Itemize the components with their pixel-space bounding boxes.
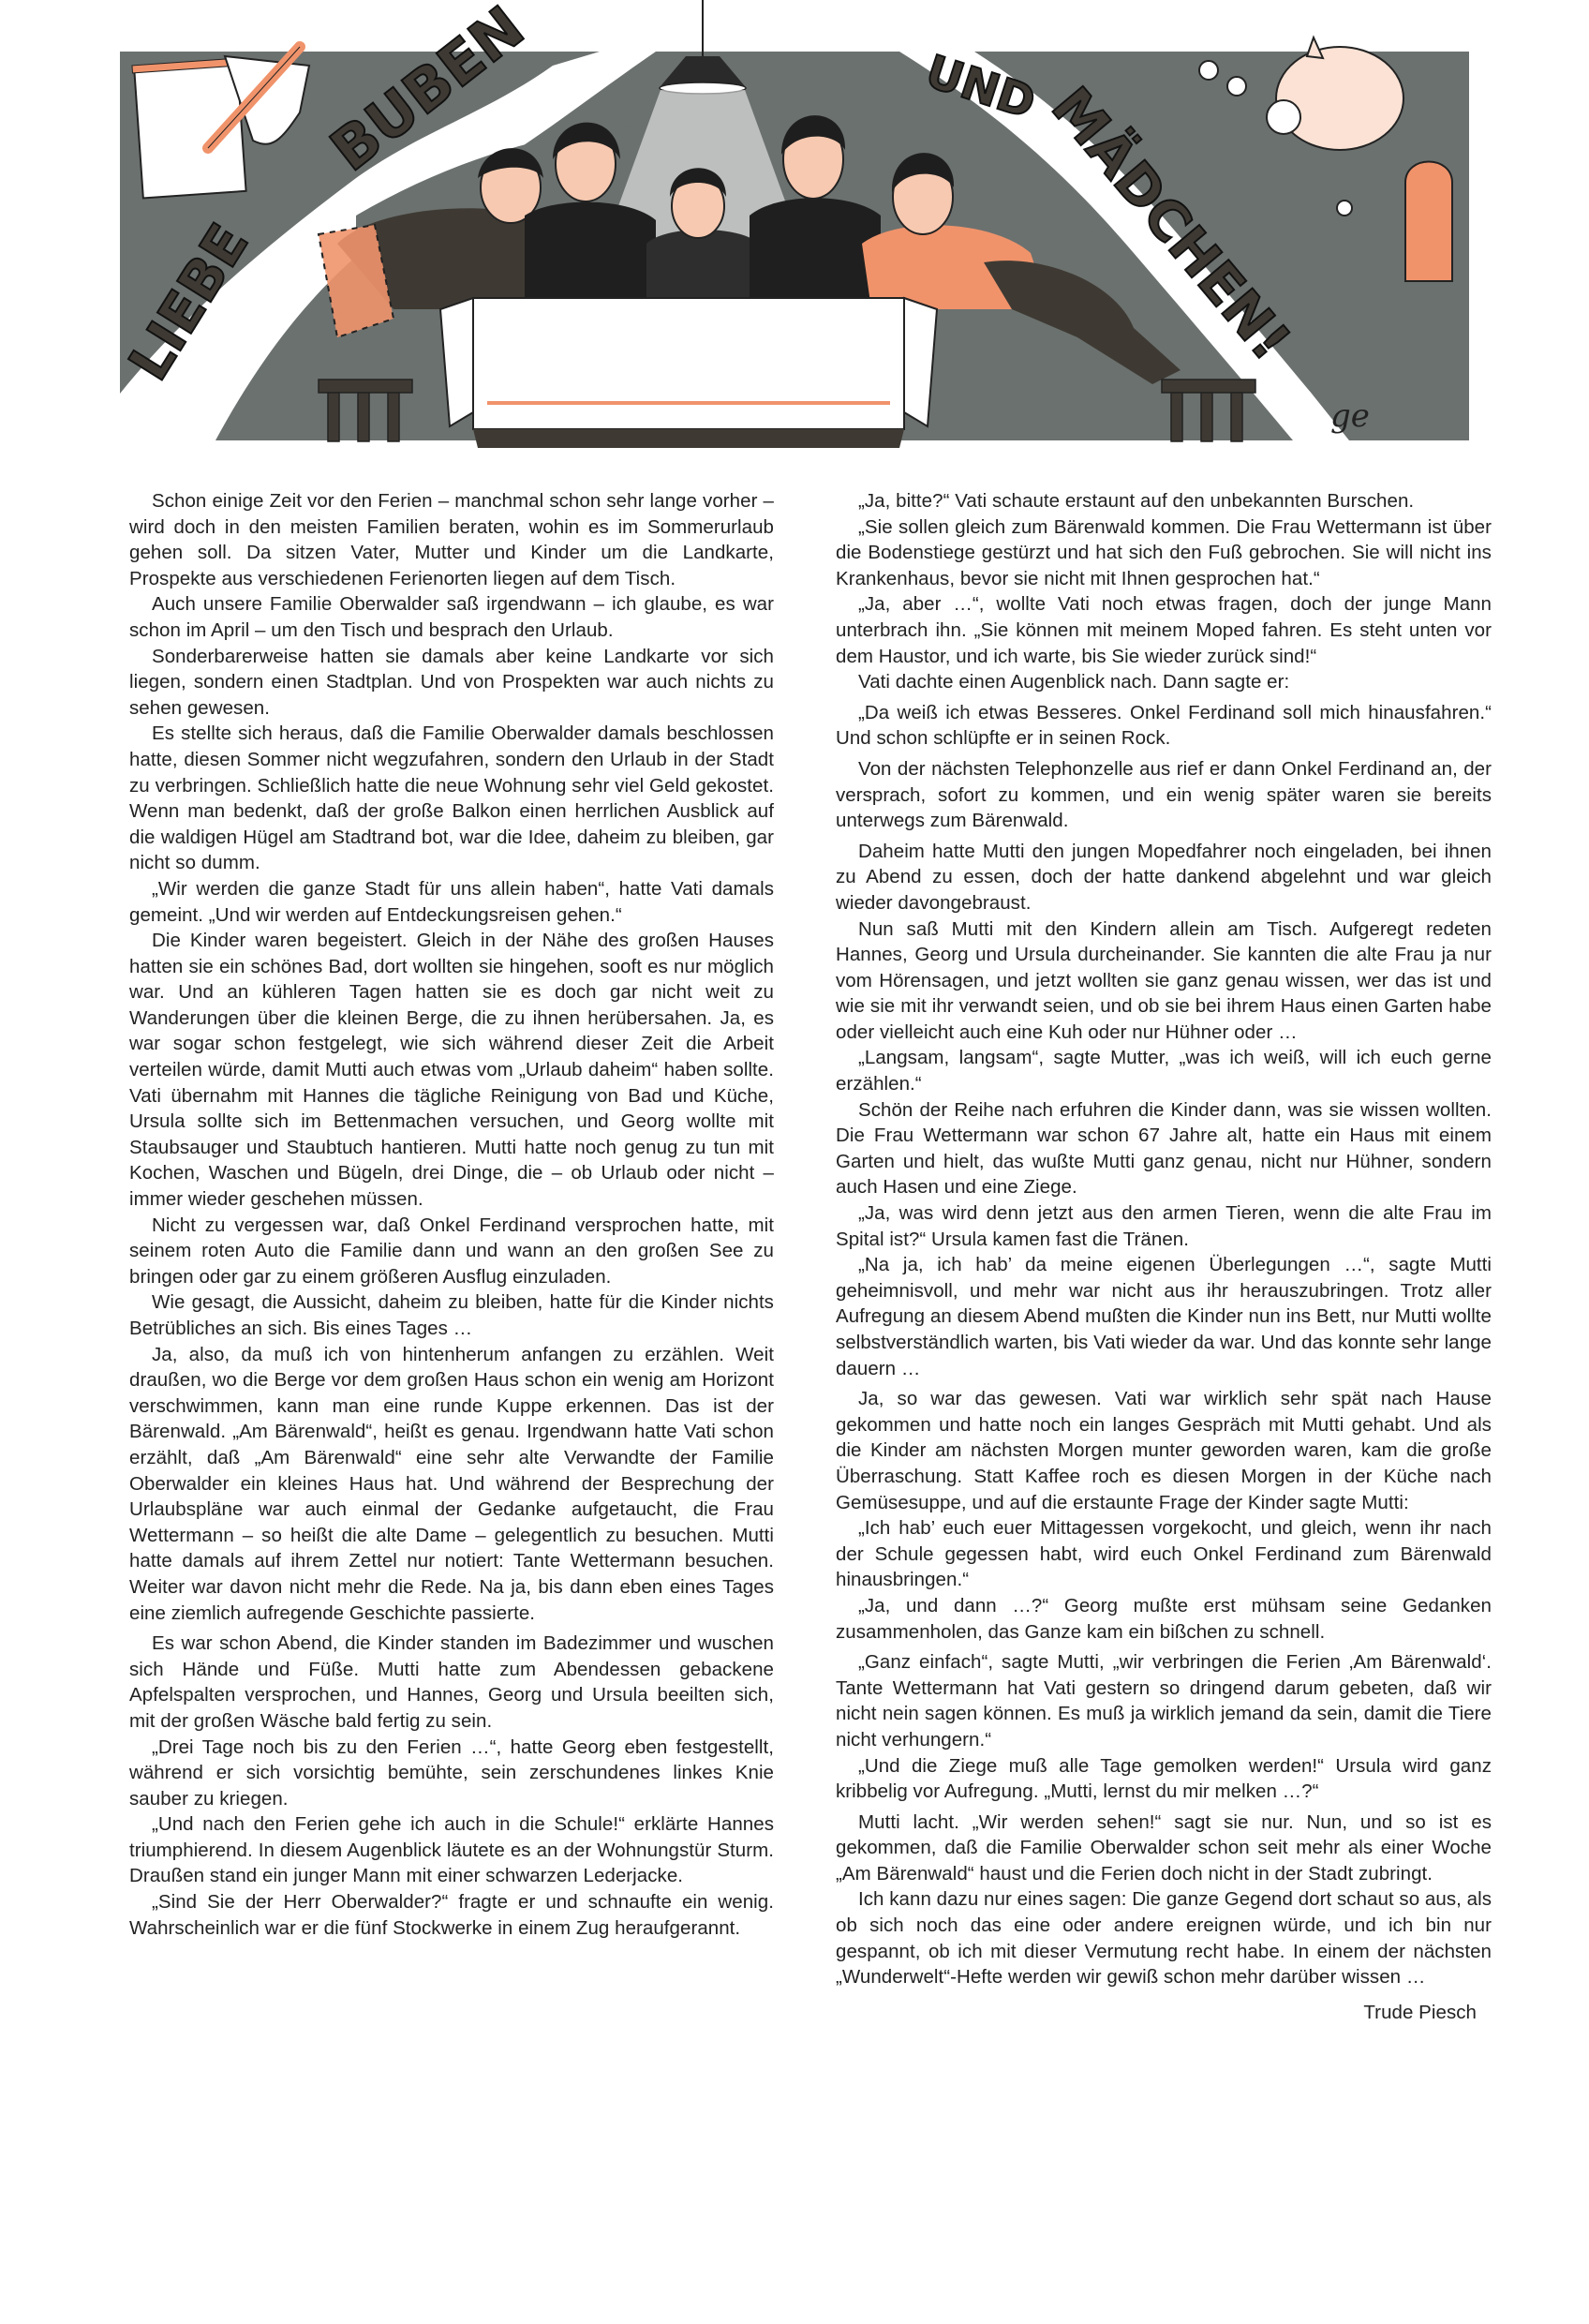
right-column: „Ja, bitte?“ Vati schaute erstaunt auf d… — [836, 488, 1492, 2025]
paragraph: „Ja, und dann …?“ Georg mußte erst mühsa… — [836, 1593, 1492, 1645]
table-icon — [440, 298, 937, 448]
paragraph: „Ich hab’ euch euer Mittagessen vorgekoc… — [836, 1515, 1492, 1593]
paragraph: „Drei Tage noch bis zu den Ferien …“, ha… — [129, 1735, 774, 1812]
paragraph: „Ja, bitte?“ Vati schaute erstaunt auf d… — [836, 488, 1492, 514]
article-body: Schon einige Zeit vor den Ferien – manch… — [129, 488, 1492, 2025]
illustrator-signature: ge — [1330, 397, 1370, 435]
paragraph: Nicht zu vergessen war, daß Onkel Ferdin… — [129, 1213, 774, 1290]
paragraph: „Und nach den Ferien gehe ich auch in di… — [129, 1811, 774, 1889]
paragraph: Schon einige Zeit vor den Ferien – manch… — [129, 488, 774, 591]
paragraph: „Da weiß ich etwas Besseres. Onkel Ferdi… — [836, 700, 1492, 752]
paragraph: Ja, also, da muß ich von hintenherum anf… — [129, 1342, 774, 1627]
paragraph: „Ja, was wird denn jetzt aus den armen T… — [836, 1200, 1492, 1252]
paragraph: Es war schon Abend, die Kinder standen i… — [129, 1631, 774, 1734]
paragraph: Von der nächsten Telephonzelle aus rief … — [836, 756, 1492, 834]
paragraph: Mutti lacht. „Wir werden sehen!“ sagt si… — [836, 1810, 1492, 1887]
paragraph: Ja, so war das gewesen. Vati war wirklic… — [836, 1386, 1492, 1515]
paragraph: Ich kann dazu nur eines sagen: Die ganze… — [836, 1886, 1492, 1989]
paragraph: Schön der Reihe nach erfuhren die Kinder… — [836, 1097, 1492, 1200]
left-column: Schon einige Zeit vor den Ferien – manch… — [129, 488, 774, 2025]
paragraph: „Und die Ziege muß alle Tage gemolken we… — [836, 1753, 1492, 1805]
paragraph: „Langsam, langsam“, sagte Mutter, „was i… — [836, 1045, 1492, 1096]
paragraph: Sonderbarerweise hatten sie damals aber … — [129, 644, 774, 722]
paragraph: Daheim hatte Mutti den jungen Mopedfahre… — [836, 839, 1492, 916]
author-signature: Trude Piesch — [836, 2000, 1492, 2026]
paragraph: Nun saß Mutti mit den Kindern allein am … — [836, 916, 1492, 1046]
paragraph: Auch unsere Familie Oberwalder saß irgen… — [129, 591, 774, 643]
paragraph: „Na ja, ich hab’ da meine eigenen Überle… — [836, 1252, 1492, 1381]
family-at-table-illustration: LIEBE BUBEN UND MÄDCHEN! ge — [0, 0, 1589, 459]
paragraph: „Ja, aber …“, wollte Vati noch etwas fra… — [836, 591, 1492, 669]
paragraph: „Ganz einfach“, sagte Mutti, „wir verbri… — [836, 1649, 1492, 1752]
paragraph: „Sie sollen gleich zum Bärenwald kommen.… — [836, 514, 1492, 592]
paragraph: Es stellte sich heraus, daß die Familie … — [129, 721, 774, 876]
paragraph: Wie gesagt, die Aussicht, daheim zu blei… — [129, 1289, 774, 1341]
paragraph: „Sind Sie der Herr Oberwalder?“ fragte e… — [129, 1889, 774, 1941]
header-illustration: LIEBE BUBEN UND MÄDCHEN! ge — [0, 0, 1589, 459]
paragraph: Die Kinder waren begeistert. Gleich in d… — [129, 928, 774, 1213]
paragraph: „Wir werden die ganze Stadt für uns alle… — [129, 876, 774, 928]
paragraph: Vati dachte einen Augenblick nach. Dann … — [836, 669, 1492, 695]
